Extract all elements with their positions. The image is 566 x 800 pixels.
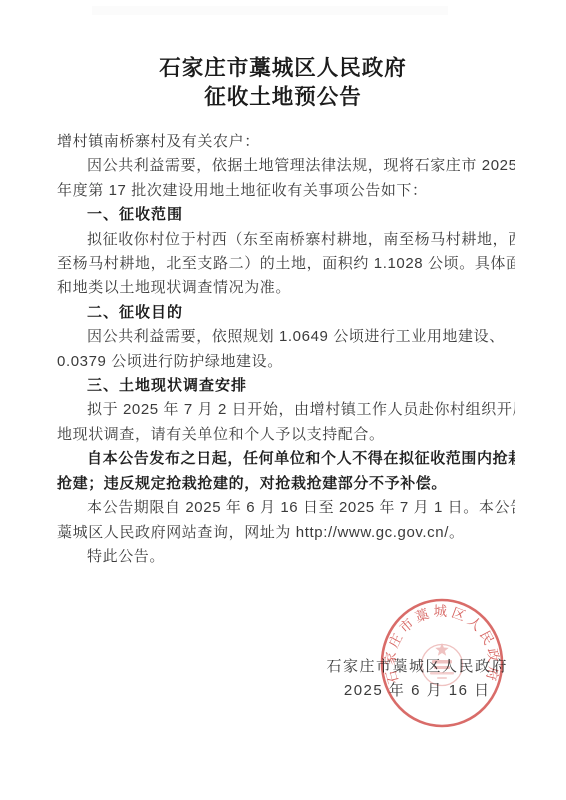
body-line: 三、土地现状调查安排: [57, 374, 515, 398]
body-line: 抢建；违反规定抢栽抢建的，对抢栽抢建部分不予补偿。: [57, 472, 515, 496]
body-lines: 增村镇南桥寨村及有关农户：因公共利益需要，依据土地管理法律法规，现将石家庄市 2…: [57, 130, 515, 569]
body-line: 因公共利益需要，依据土地管理法律法规，现将石家庄市 2025: [57, 154, 515, 178]
body-line: 二、征收目的: [57, 301, 515, 325]
body-line: 拟征收你村位于村西（东至南桥寨村耕地，南至杨马村耕地，西: [57, 228, 515, 252]
body-line: 一、征收范围: [57, 203, 515, 227]
body-line: 至杨马村耕地，北至支路二）的土地，面积约 1.1028 公顷。具体面积: [57, 252, 515, 276]
body-line: 增村镇南桥寨村及有关农户：: [57, 130, 515, 154]
body-line: 年度第 17 批次建设用地土地征收有关事项公告如下：: [57, 179, 515, 203]
body-line: 和地类以土地现状调查情况为准。: [57, 276, 515, 300]
body-line: 特此公告。: [57, 545, 515, 569]
body-line: 0.0379 公顷进行防护绿地建设。: [57, 350, 515, 374]
document-title: 石家庄市藁城区人民政府 征收土地预公告: [0, 54, 566, 111]
official-seal: 石家庄市藁城区人民政府: [377, 596, 507, 732]
title-line-2: 征收土地预公告: [0, 83, 566, 112]
body-line: 藁城区人民政府网站查询，网址为 http://www.gc.gov.cn/。: [57, 521, 515, 545]
body-line: 地现状调查，请有关单位和个人予以支持配合。: [57, 423, 515, 447]
body-line: 拟于 2025 年 7 月 2 日开始，由增村镇工作人员赴你村组织开展土: [57, 398, 515, 422]
seal-national-emblem-icon: [422, 643, 463, 686]
body-line: 自本公告发布之日起，任何单位和个人不得在拟征收范围内抢栽: [57, 447, 515, 471]
scan-artifact-band: [92, 6, 448, 15]
title-line-1: 石家庄市藁城区人民政府: [0, 54, 566, 83]
document-page: 石家庄市藁城区人民政府 征收土地预公告 增村镇南桥寨村及有关农户：因公共利益需要…: [0, 0, 566, 800]
body-line: 因公共利益需要，依照规划 1.0649 公顷进行工业用地建设、: [57, 325, 515, 349]
body-line: 本公告期限自 2025 年 6 月 16 日至 2025 年 7 月 1 日。本…: [57, 496, 515, 520]
